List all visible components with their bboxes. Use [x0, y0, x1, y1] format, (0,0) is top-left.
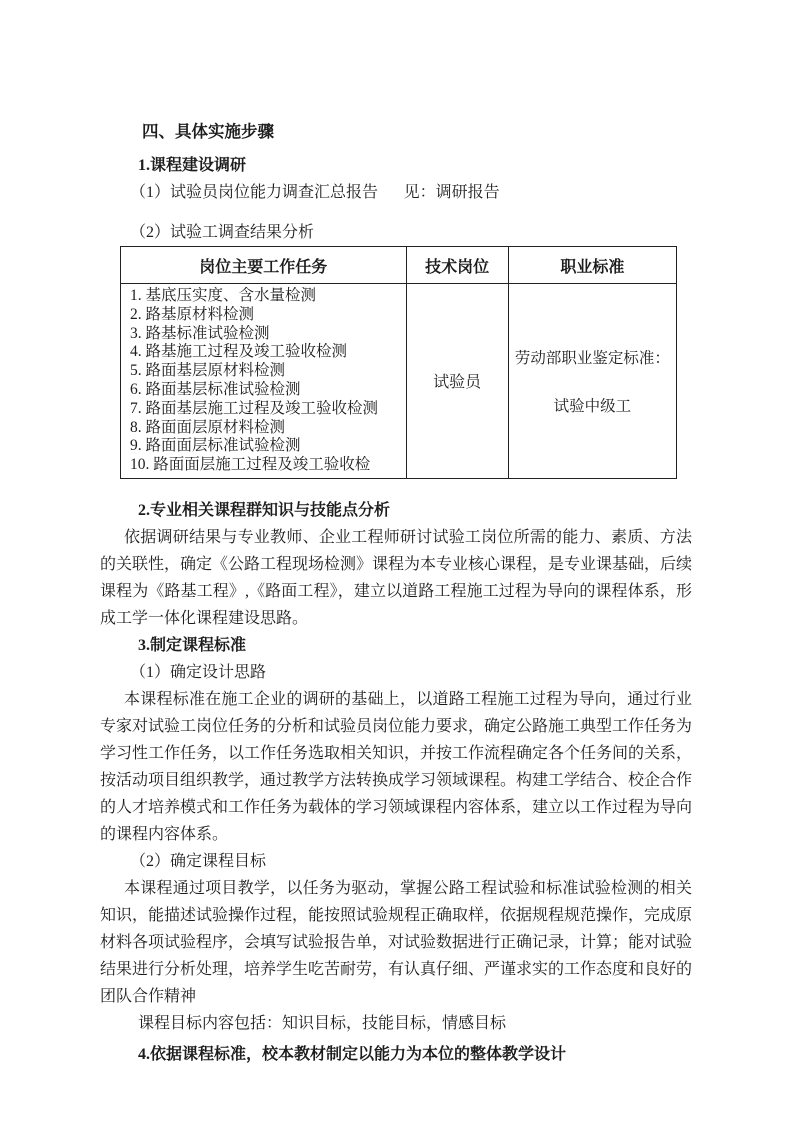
heading-course-standard: 3.制定课程标准	[100, 632, 692, 659]
standard-cell: 劳动部职业鉴定标准： 试验中级工	[508, 284, 676, 479]
task-item: 5. 路面基层原材料检测	[130, 362, 402, 381]
standard-line-2: 试验中级工	[511, 394, 674, 416]
task-item: 1. 基底压实度、含水量检测	[130, 287, 402, 306]
item-survey-report-note: 见：调研报告	[404, 184, 500, 201]
task-item: 10. 路面面层施工过程及竣工验收检	[130, 456, 402, 475]
task-item: 3. 路基标准试验检测	[130, 325, 402, 344]
task-item: 4. 路基施工过程及竣工验收检测	[130, 343, 402, 362]
para-design-approach: 本课程标准在施工企业的调研的基础上，以道路工程施工过程为导向，通过行业专家对试验…	[100, 686, 692, 848]
line-goal-categories: 课程目标内容包括：知识目标，技能目标，情感目标	[100, 1010, 692, 1037]
task-item: 7. 路面基层施工过程及竣工验收检测	[130, 400, 402, 419]
item-result-analysis: （2）试验工调查结果分析	[100, 222, 692, 244]
para-course-group: 依据调研结果与专业教师、企业工程师研讨试验工岗位所需的能力、素质、方法的关联性，…	[100, 524, 692, 632]
subheading-design-approach: （1）确定设计思路	[100, 659, 692, 686]
task-item: 8. 路面面层原材料检测	[130, 419, 402, 438]
task-item: 9. 路面面层标准试验检测	[130, 437, 402, 456]
task-item: 6. 路面基层标准试验检测	[130, 381, 402, 400]
heading-course-research: 1.课程建设调研	[100, 152, 692, 179]
item-survey-report: （1）试验员岗位能力调查汇总报告见：调研报告	[100, 179, 692, 206]
heading-course-group-analysis: 2.专业相关课程群知识与技能点分析	[100, 497, 692, 524]
col-header-position: 技术岗位	[406, 247, 508, 284]
item-survey-report-label: （1）试验员岗位能力调查汇总报告	[130, 184, 378, 201]
standard-line-1: 劳动部职业鉴定标准：	[511, 346, 674, 368]
task-list-cell: 1. 基底压实度、含水量检测 2. 路基原材料检测 3. 路基标准试验检测 4.…	[121, 284, 407, 479]
table-header-row: 岗位主要工作任务 技术岗位 职业标准	[121, 247, 677, 284]
para-course-goals: 本课程通过项目教学，以任务为驱动，掌握公路工程试验和标准试验检测的相关知识，能描…	[100, 875, 692, 1010]
task-item: 2. 路基原材料检测	[130, 306, 402, 325]
heading-teaching-design: 4.依据课程标准，校本教材制定以能力为本位的整体教学设计	[100, 1041, 692, 1068]
col-header-tasks: 岗位主要工作任务	[121, 247, 407, 284]
section-title: 四、具体实施步骤	[100, 118, 692, 145]
position-cell: 试验员	[406, 284, 508, 479]
col-header-standard: 职业标准	[508, 247, 676, 284]
subheading-course-goals: （2）确定课程目标	[100, 848, 692, 875]
table-body-row: 1. 基底压实度、含水量检测 2. 路基原材料检测 3. 路基标准试验检测 4.…	[121, 284, 677, 479]
document-page: 四、具体实施步骤 1.课程建设调研 （1）试验员岗位能力调查汇总报告见：调研报告…	[0, 0, 800, 1131]
job-task-table: 岗位主要工作任务 技术岗位 职业标准 1. 基底压实度、含水量检测 2. 路基原…	[120, 246, 677, 479]
